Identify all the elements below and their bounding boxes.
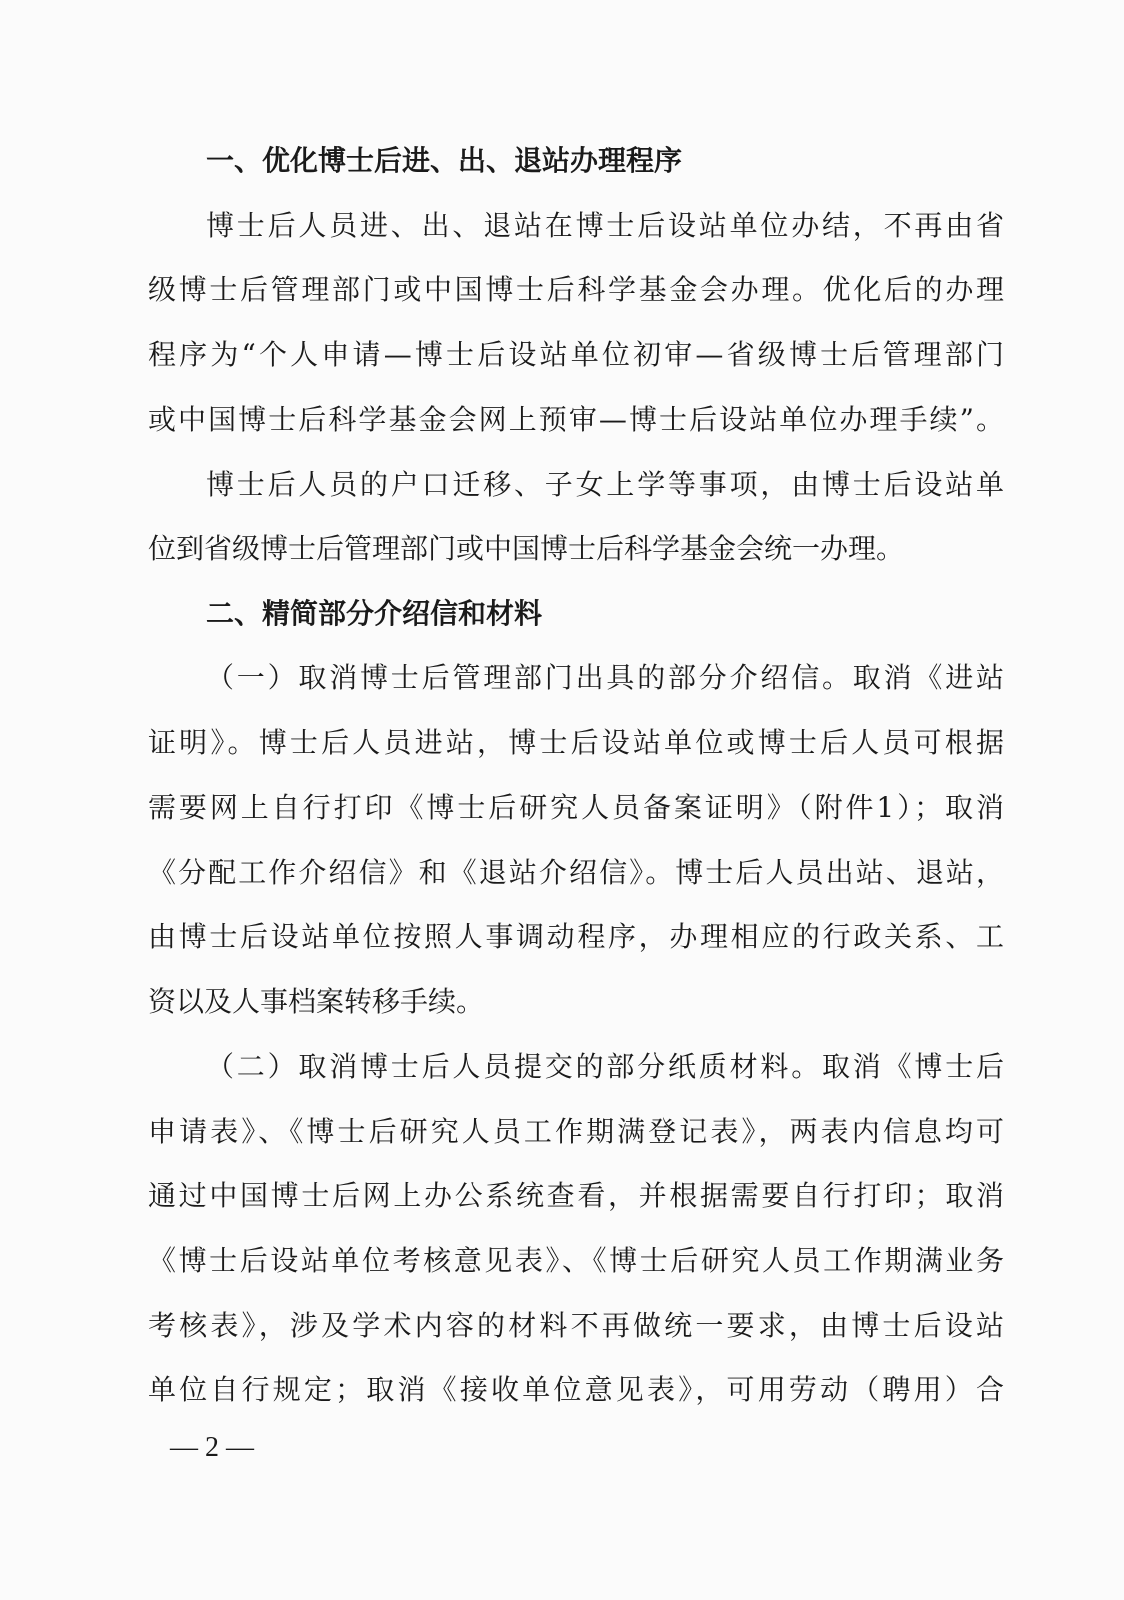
paragraph-line: 级博士后管理部门或中国博士后科学基金会办理。优化后的办理 — [148, 272, 1004, 308]
paragraph-line: 由博士后设站单位按照人事调动程序，办理相应的行政关系、工 — [148, 919, 1004, 955]
paragraph-line: 程序为“个人申请—博士后设站单位初审—省级博士后管理部门 — [148, 337, 1004, 373]
paragraph-line: 博士后人员的户口迁移、子女上学等事项，由博士后设站单 — [206, 467, 1004, 503]
paragraph-line: 博士后人员进、出、退站在博士后设站单位办结，不再由省 — [206, 208, 1004, 244]
paragraph-line: 需要网上自行打印《博士后研究人员备案证明》（附件1）；取消 — [148, 790, 1004, 826]
paragraph-line: 考核表》，涉及学术内容的材料不再做统一要求，由博士后设站 — [148, 1308, 1004, 1344]
paragraph-line: 位到省级博士后管理部门或中国博士后科学基金会统一办理。 — [148, 531, 1004, 567]
paragraph-line: 《博士后设站单位考核意见表》、《博士后研究人员工作期满业务 — [148, 1243, 1004, 1279]
paragraph-line: 资以及人事档案转移手续。 — [148, 984, 1004, 1020]
paragraph-line: 证明》。博士后人员进站，博士后设站单位或博士后人员可根据 — [148, 725, 1004, 761]
section-heading-2: 二、精简部分介绍信和材料 — [206, 596, 1004, 632]
paragraph-line: （二）取消博士后人员提交的部分纸质材料。取消《博士后 — [206, 1049, 1004, 1085]
paragraph-line: 单位自行规定；取消《接收单位意见表》，可用劳动（聘用）合 — [148, 1372, 1004, 1408]
section-heading-1: 一、优化博士后进、出、退站办理程序 — [206, 143, 1004, 179]
page-number: — 2 — — [170, 1430, 254, 1466]
paragraph-line: 《分配工作介绍信》和《退站介绍信》。博士后人员出站、退站， — [148, 855, 1004, 891]
paragraph-line: 或中国博士后科学基金会网上预审—博士后设站单位办理手续”。 — [148, 402, 1004, 438]
paragraph-line: 通过中国博士后网上办公系统查看，并根据需要自行打印；取消 — [148, 1178, 1004, 1214]
paragraph-line: （一）取消博士后管理部门出具的部分介绍信。取消《进站 — [206, 660, 1004, 696]
paragraph-line: 申请表》、《博士后研究人员工作期满登记表》，两表内信息均可 — [148, 1114, 1004, 1150]
